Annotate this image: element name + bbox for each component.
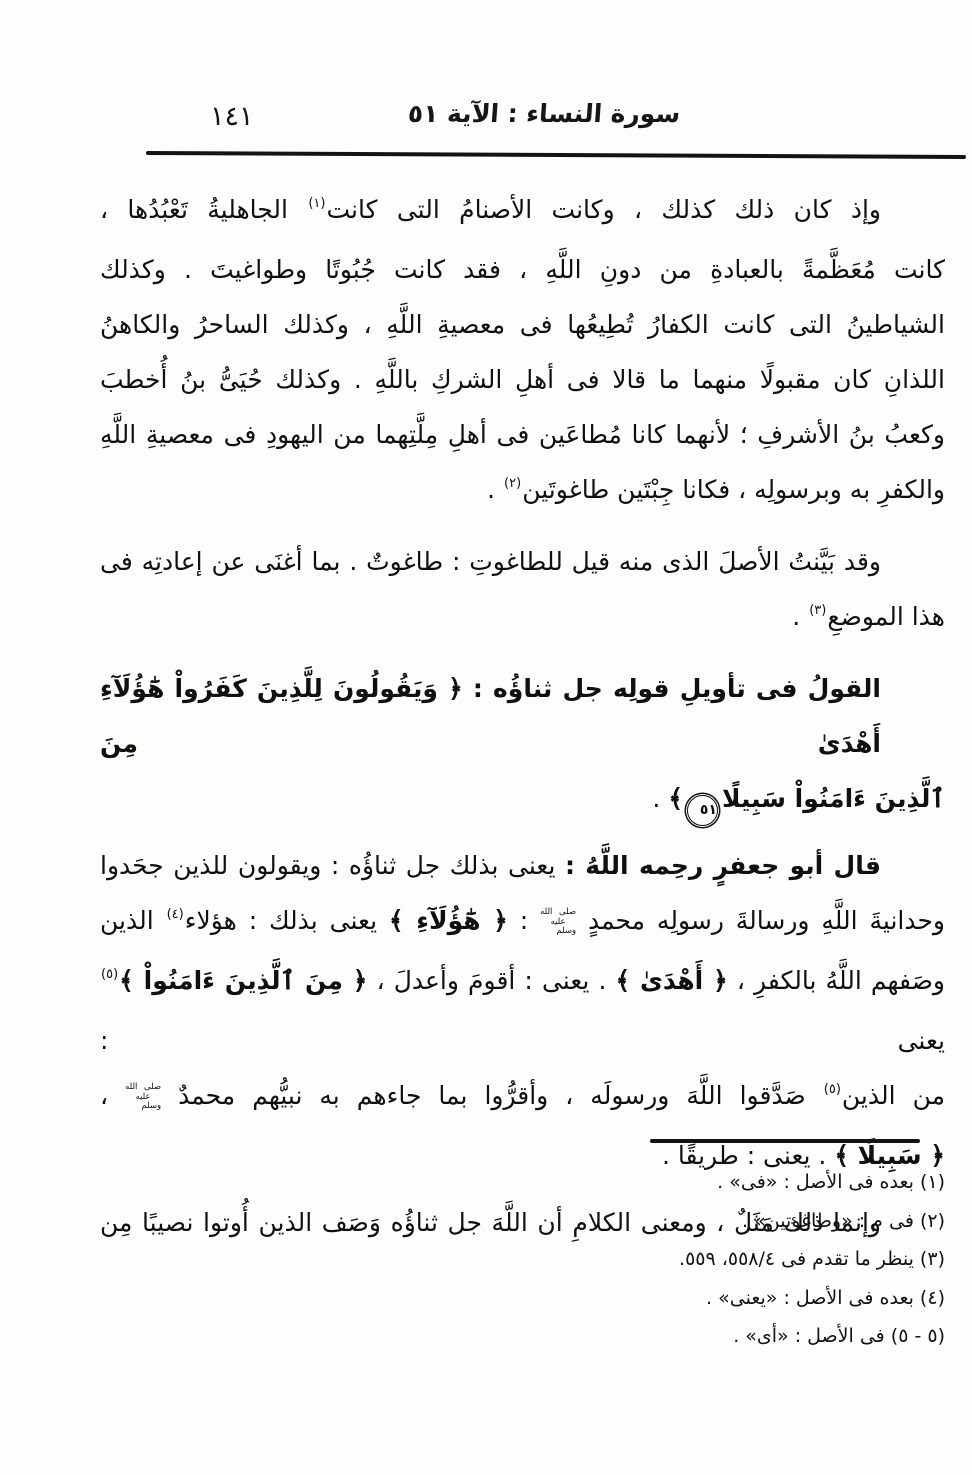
body-span: كانت مُعَظَّمةً بالعبادةِ من دونِ اللَّه… <box>100 255 945 284</box>
header-rule <box>146 151 966 159</box>
book-page: ١٤١ سورة النساء : الآية ٥١ وإذ كان ذلك ك… <box>0 0 972 1475</box>
quran-text: ﴿ مِنَ ٱلَّذِينَ ءَامَنُواْ ﴾ <box>119 966 367 995</box>
paragraph: وإذ كان ذلك كذلك ، وكانت الأصنامُ التى ك… <box>100 182 945 522</box>
body-span: . <box>792 602 808 631</box>
footnote: (٥ - ٥) فى الأصل : «أى» . <box>385 1317 945 1356</box>
body-span: : <box>508 906 540 935</box>
body-span: . يعنى : أقومَ وأعدلَ ، <box>367 966 615 995</box>
quran-text: ﴿ أَهْدَىٰ ﴾ <box>615 966 727 995</box>
footnote-ref: (٥) <box>823 1082 842 1097</box>
page-number: ١٤١ <box>210 101 254 132</box>
quran-text: ﴾ <box>668 784 683 813</box>
body-span: من الذين <box>842 1081 945 1110</box>
footnote-ref: (٣) <box>808 603 827 618</box>
footnotes-list: (١) بعده فى الأصل : «فى» .(٢) فى م : «وط… <box>385 1163 945 1356</box>
body-span: وحدانيةَ اللَّهِ ورسالةَ رسولِه محمدٍ <box>576 906 945 935</box>
footnote-ref: (٤) <box>166 907 185 922</box>
body-text: وإذ كان ذلك كذلك ، وكانت الأصنامُ التى ك… <box>100 182 945 1262</box>
footnote: (١) بعده فى الأصل : «فى» . <box>385 1163 945 1202</box>
body-span: يعنى بذلك : هؤلاء <box>185 906 389 935</box>
body-span: يعنى : <box>100 1026 945 1055</box>
body-span: وكعبُ بنُ الأشرفِ ؛ لأنهما كانا مُطاعَين… <box>100 420 945 449</box>
text-line: وقد بَيَّنتُ الأصلَ الذى منه قيل للطاغوت… <box>100 534 945 589</box>
body-span: . <box>487 475 503 504</box>
footnote: (٤) بعده فى الأصل : «يعنى» . <box>385 1279 945 1318</box>
paragraph: قال أبو جعفرٍ رحِمه اللَّهُ : يعنى بذلك … <box>100 838 945 1183</box>
bold-text: قال أبو جعفرٍ رحِمه اللَّهُ : <box>565 851 881 880</box>
body-span: والكفرِ به وبرسولِه ، فكانا جِبْتَين طاغ… <box>522 475 945 504</box>
footnote: (٢) فى م : «وطاغوتين» . <box>385 1202 945 1241</box>
body-span: اللذانِ كان مقبولًا منهما ما قالا فى أهل… <box>100 365 945 394</box>
paragraph: القولُ فى تأويلِ قولِه جل ثناؤُه : ﴿ وَي… <box>100 661 945 826</box>
body-span: يعنى بذلك جل ثناؤُه : ويقولون للذين جحَد… <box>100 851 565 880</box>
text-line: وصَفهم اللَّهُ بالكفرِ ، ﴿ أَهْدَىٰ ﴾ . … <box>100 953 945 1068</box>
text-line: كانت مُعَظَّمةً بالعبادةِ من دونِ اللَّه… <box>100 242 945 297</box>
body-span: وإذ كان ذلك كذلك ، وكانت الأصنامُ التى ك… <box>326 195 881 224</box>
text-line: هذا الموضعِ(٣) . <box>100 589 945 649</box>
footnote-ref: (٥) <box>100 967 119 982</box>
text-line: قال أبو جعفرٍ رحِمه اللَّهُ : يعنى بذلك … <box>100 838 945 893</box>
footnote: (٣) ينظر ما تقدم فى ٥٥٨/٤، ٥٥٩. <box>385 1240 945 1279</box>
body-span: صَدَّقوا اللَّهَ ورسولَه ، وأقرُّوا بما … <box>161 1081 823 1110</box>
body-span: ، <box>100 1081 125 1110</box>
footnote-rule <box>650 1139 920 1143</box>
body-span: الجاهليةُ تَعْبُدُها ، <box>100 195 307 224</box>
body-span: الذين <box>100 906 166 935</box>
body-span: . <box>652 784 668 813</box>
header-title: سورة النساء : الآية ٥١ <box>407 99 681 128</box>
text-line: الشياطينُ التى كانت الكفارُ تُطِيعُها فى… <box>100 297 945 352</box>
body-span: الشياطينُ التى كانت الكفارُ تُطِيعُها فى… <box>100 310 945 339</box>
prophet-salutation-ligature: صلى اللهعليه وسلم <box>125 1083 161 1111</box>
bold-text: القولُ فى تأويلِ قولِه جل ثناؤُه : <box>463 674 881 703</box>
footnote-ref: (١) <box>307 196 326 211</box>
body-span: وصَفهم اللَّهُ بالكفرِ ، <box>728 966 945 995</box>
quran-text: ﴿ هَٰٓؤُلَآءِ ﴾ <box>389 906 508 935</box>
body-span: هذا الموضعِ <box>827 602 945 631</box>
text-line: ٱلَّذِينَ ءَامَنُواْ سَبِيلًا٥١﴾ . <box>100 771 945 826</box>
text-line: القولُ فى تأويلِ قولِه جل ثناؤُه : ﴿ وَي… <box>100 661 945 771</box>
prophet-salutation-ligature: صلى اللهعليه وسلم <box>540 908 576 936</box>
body-span: وقد بَيَّنتُ الأصلَ الذى منه قيل للطاغوت… <box>100 547 881 576</box>
text-line: اللذانِ كان مقبولًا منهما ما قالا فى أهل… <box>100 352 945 407</box>
text-line: وإذ كان ذلك كذلك ، وكانت الأصنامُ التى ك… <box>100 182 945 242</box>
paragraph: وقد بَيَّنتُ الأصلَ الذى منه قيل للطاغوت… <box>100 534 945 649</box>
quran-text: ٱلَّذِينَ ءَامَنُواْ سَبِيلًا <box>722 784 945 813</box>
text-line: وكعبُ بنُ الأشرفِ ؛ لأنهما كانا مُطاعَين… <box>100 407 945 462</box>
footnote-ref: (٢) <box>503 476 522 491</box>
text-line: من الذين(٥) صَدَّقوا اللَّهَ ورسولَه ، و… <box>100 1068 945 1128</box>
text-line: وحدانيةَ اللَّهِ ورسالةَ رسولِه محمدٍ صل… <box>100 893 945 953</box>
text-line: والكفرِ به وبرسولِه ، فكانا جِبْتَين طاغ… <box>100 462 945 522</box>
verse-number-rosette: ٥١ <box>687 795 718 826</box>
